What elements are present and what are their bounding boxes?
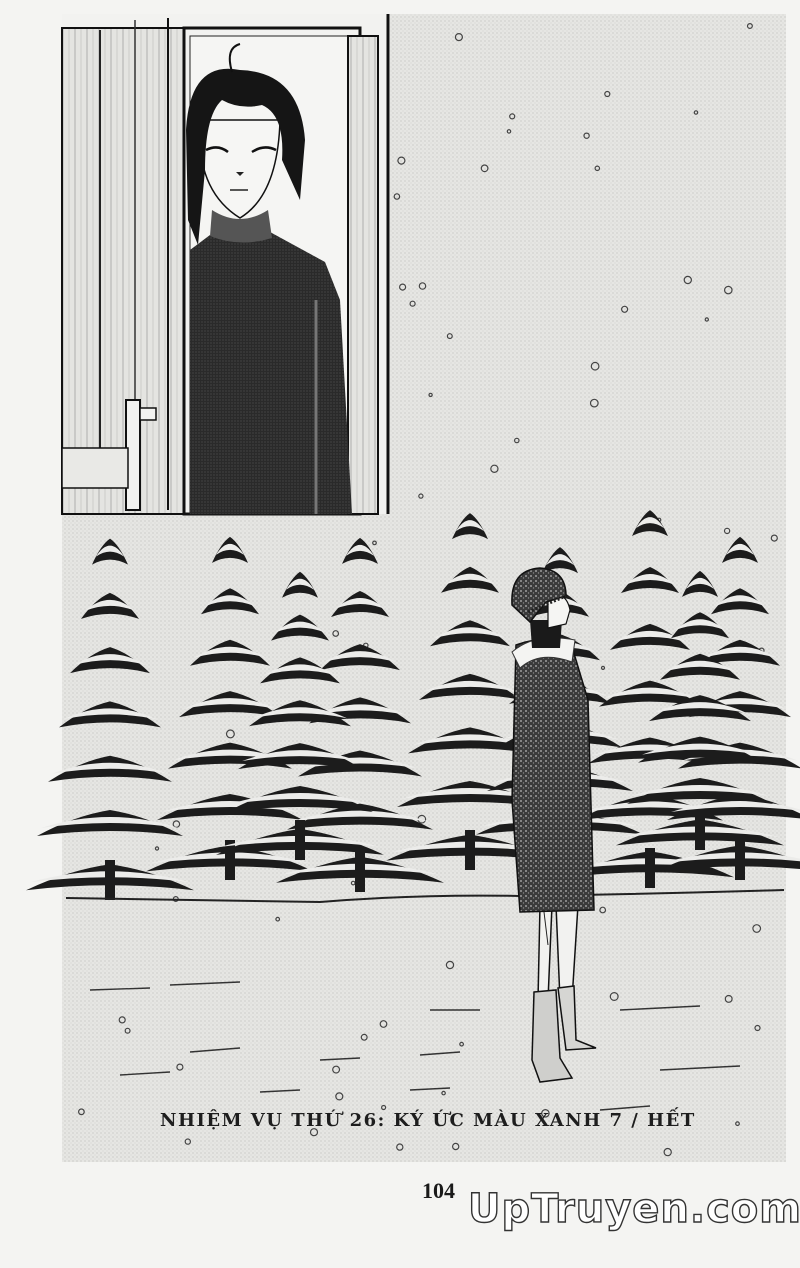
page-number: 104 <box>422 1178 455 1204</box>
page-illustration <box>0 0 800 1268</box>
chapter-end-caption: NHIỆM VỤ THỨ 26: KÝ ỨC MÀU XANH 7 / HẾT <box>160 1110 770 1131</box>
manga-page: NHIỆM VỤ THỨ 26: KÝ ỨC MÀU XANH 7 / HẾT … <box>0 0 800 1268</box>
door-panel <box>62 14 390 514</box>
site-watermark: UpTruyen.com <box>468 1186 800 1232</box>
